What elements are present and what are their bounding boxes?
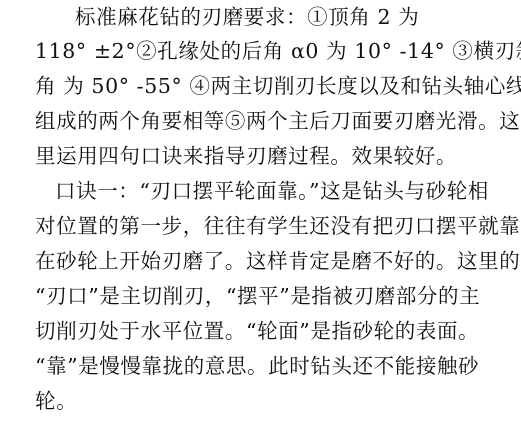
paragraph-1-line-1: 标准麻花钻的刃磨要求：①顶角 2 为 xyxy=(35,0,515,34)
paragraph-2-line-6: “靠”是慢慢靠拢的意思。此时钻头还不能接触砂 xyxy=(35,349,515,384)
paragraph-1-line-2: 118° ±2°②孔缘处的后角 α0 为 10° -14° ③横刃斜 xyxy=(35,34,515,69)
paragraph-2-line-2: 对位置的第一步，往往有学生还没有把刃口摆平就靠 xyxy=(35,209,515,244)
paragraph-2-line-7: 轮。 xyxy=(35,384,515,419)
paragraph-2-line-1: 口诀一：“刃口摆平轮面靠。”这是钻头与砂轮相 xyxy=(35,174,515,209)
document-body: 标准麻花钻的刃磨要求：①顶角 2 为 118° ±2°②孔缘处的后角 α0 为 … xyxy=(35,0,515,419)
paragraph-2-line-3: 在砂轮上开始刃磨了。这样肯定是磨不好的。这里的 xyxy=(35,244,515,279)
paragraph-1-line-4: 组成的两个角要相等⑤两个主后刀面要刃磨光滑。这 xyxy=(35,104,515,139)
paragraph-1-line-3: 角 为 50° -55° ④两主切削刃长度以及和钻头轴心线 xyxy=(35,69,515,104)
paragraph-2-line-5: 切削刃处于水平位置。“轮面”是指砂轮的表面。 xyxy=(35,314,515,349)
paragraph-1-line-5: 里运用四句口诀来指导刃磨过程。效果较好。 xyxy=(35,139,515,174)
paragraph-2-line-4: “刃口”是主切削刃，“摆平”是指被刃磨部分的主 xyxy=(35,279,515,314)
